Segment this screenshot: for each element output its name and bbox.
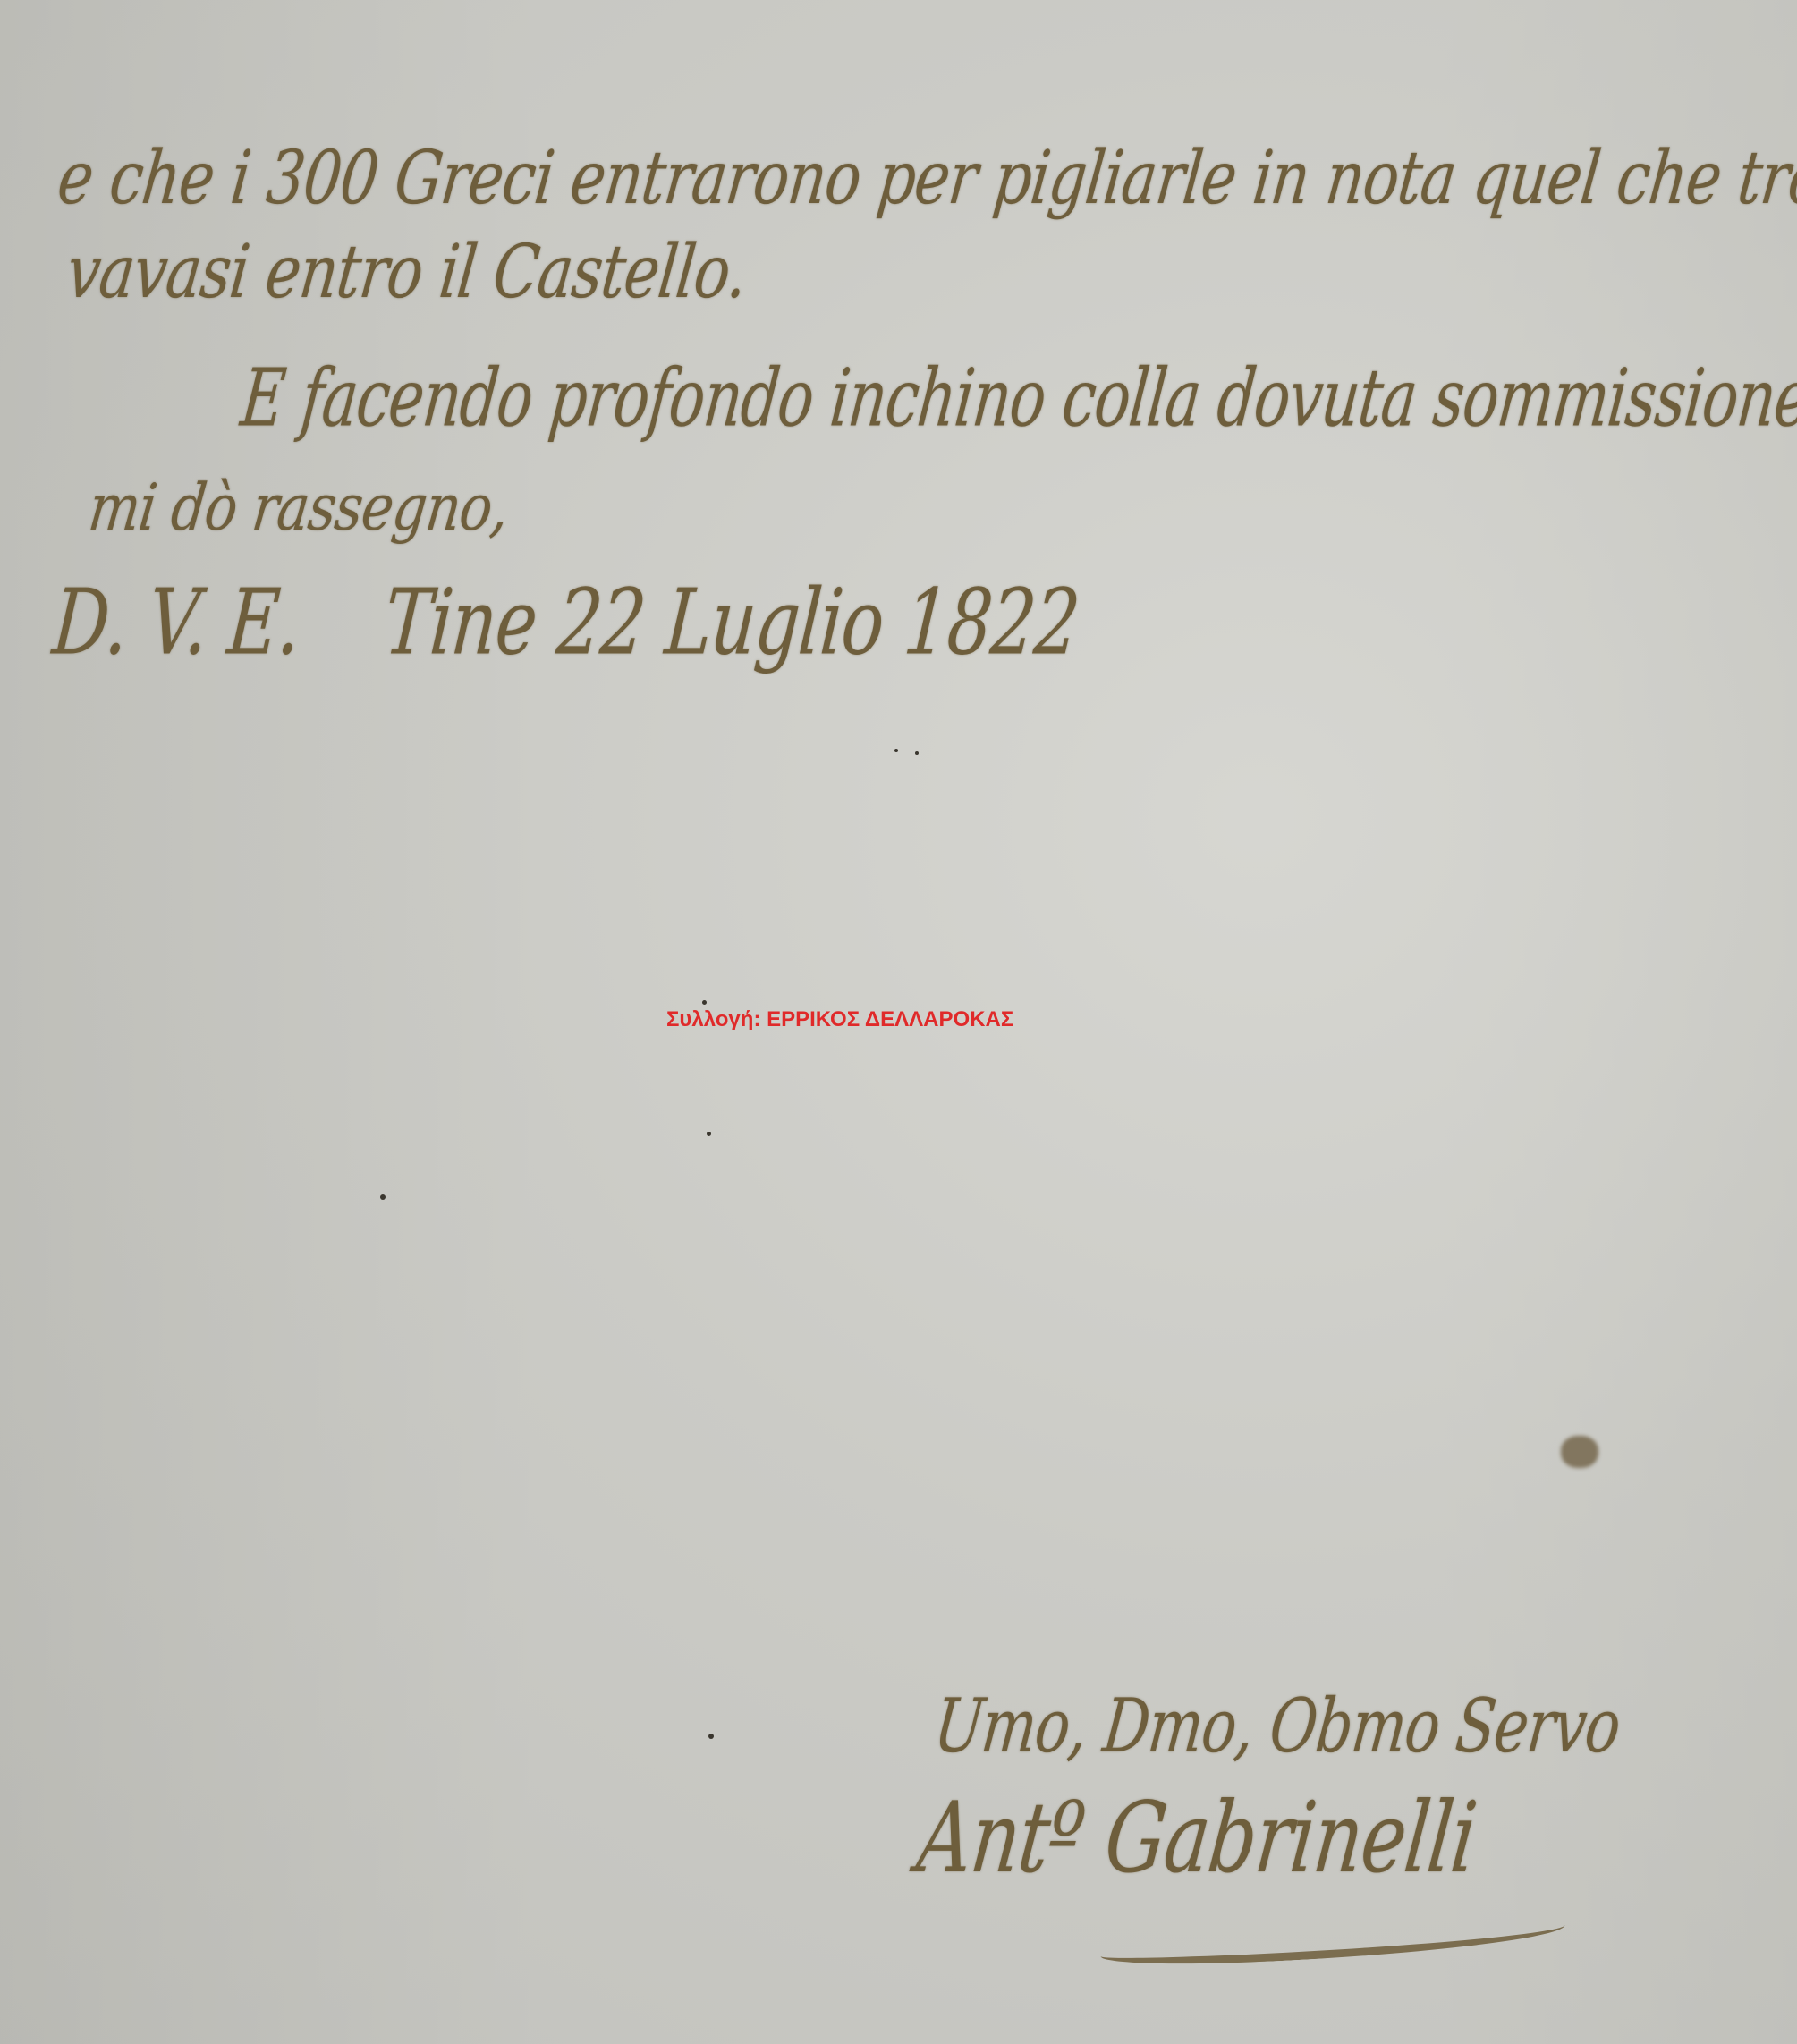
closing-formula: Umo, Dmo, Obmo Servo <box>930 1684 1623 1770</box>
body-line-3: E facendo profondo inchino colla dovuta … <box>237 352 1797 445</box>
body-line-4: mi dò rassegno, <box>85 471 512 546</box>
ink-spot <box>702 1000 707 1005</box>
ink-spot <box>894 749 898 752</box>
ink-spot <box>915 751 919 755</box>
signature-flourish <box>1099 1911 1565 1970</box>
dateline-abbreviation: D. V. E. <box>49 571 304 675</box>
letter-page: e che i 300 Greci entrarono per pigliarl… <box>0 0 1797 2044</box>
dateline: D. V. E. Tine 22 Luglio 1822 <box>49 571 1082 675</box>
ink-spot <box>708 1734 714 1739</box>
ink-spot <box>707 1132 711 1136</box>
body-line-1: e che i 300 Greci entrarono per pigliarl… <box>54 135 1797 221</box>
ink-spot <box>380 1194 386 1200</box>
collection-watermark: Συλλογή: ΕΡΡΙΚΟΣ ΔΕΛΛΑΡΟΚΑΣ <box>666 1007 1013 1032</box>
dateline-date: 22 Luglio 1822 <box>554 571 1083 675</box>
dateline-place: Tine <box>381 571 541 675</box>
body-line-2: vavasi entro il Castello. <box>63 229 751 315</box>
signature: Antº Gabrinelli <box>912 1781 1481 1895</box>
paper-stain <box>1561 1436 1598 1468</box>
